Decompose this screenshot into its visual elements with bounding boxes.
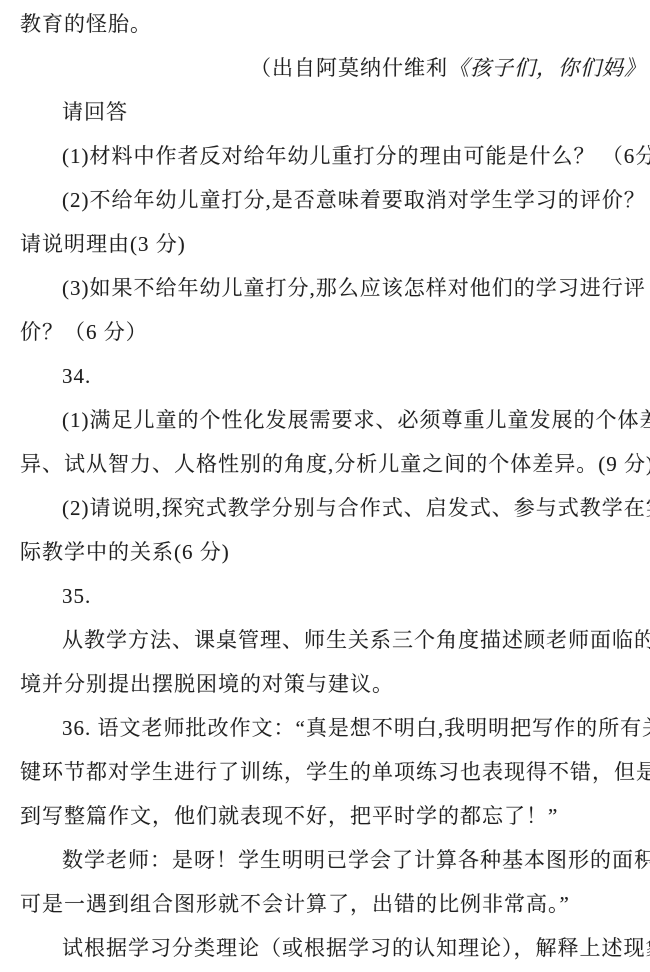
q36-math-teacher-line2: 可是一遇到组合图形就不会计算了，出错的比例非常高。”: [20, 882, 632, 926]
source-attribution-line: （出自阿莫纳什维利《孩子们，你们妈》: [20, 46, 632, 90]
q36-chinese-teacher-line2: 键环节都对学生进行了训练，学生的单项练习也表现得不错，但是一: [20, 750, 632, 794]
q33-sub2-cont-line: 请说明理由(3 分): [20, 222, 632, 266]
document-page: 教育的怪胎。 （出自阿莫纳什维利《孩子们，你们妈》 请回答 (1)材料中作者反对…: [0, 0, 650, 972]
q35-body-cont-line: 境并分别提出摆脱困境的对策与建议。: [20, 662, 632, 706]
q36-chinese-teacher-line1: 36. 语文老师批改作文：“真是想不明白,我明明把写作的所有关: [20, 706, 632, 750]
answer-prompt-line: 请回答: [20, 90, 632, 134]
book-title: 《孩子们，你们妈》: [448, 56, 646, 80]
q34-sub1-cont-line: 异、试从智力、人格性别的角度,分析儿童之间的个体差异。(9 分): [20, 442, 632, 486]
q36-math-teacher-line1: 数学老师：是呀！学生明明已学会了计算各种基本图形的面积，: [20, 838, 632, 882]
q33-sub3-cont-line: 价？（6 分）: [20, 310, 632, 354]
q36-chinese-teacher-line3: 到写整篇作文，他们就表现不好，把平时学的都忘了！”: [20, 794, 632, 838]
q34-sub1-line: (1)满足儿童的个性化发展需要求、必须尊重儿童发展的个体差: [20, 398, 632, 442]
question-35-number: 35.: [20, 574, 632, 618]
q33-sub1-line: (1)材料中作者反对给年幼儿重打分的理由可能是什么？ （6分）: [20, 134, 632, 178]
q34-sub2-line: (2)请说明,探究式教学分别与合作式、启发式、参与式教学在实: [20, 486, 632, 530]
q35-body-line: 从教学方法、课桌管理、师生关系三个角度描述顾老师面临的困: [20, 618, 632, 662]
q33-sub3-line: (3)如果不给年幼儿童打分,那么应该怎样对他们的学习进行评: [20, 266, 632, 310]
q36-task-line: 试根据学习分类理论（或根据学习的认知理论），解释上述现象。: [20, 926, 632, 970]
q33-sub2-line: (2)不给年幼儿童打分,是否意味着要取消对学生学习的评价？: [20, 178, 632, 222]
question-34-number: 34.: [20, 354, 632, 398]
source-prefix: （出自阿莫纳什维利: [250, 56, 448, 80]
q34-sub2-cont-line: 际教学中的关系(6 分): [20, 530, 632, 574]
opening-fragment-line: 教育的怪胎。: [20, 2, 632, 46]
